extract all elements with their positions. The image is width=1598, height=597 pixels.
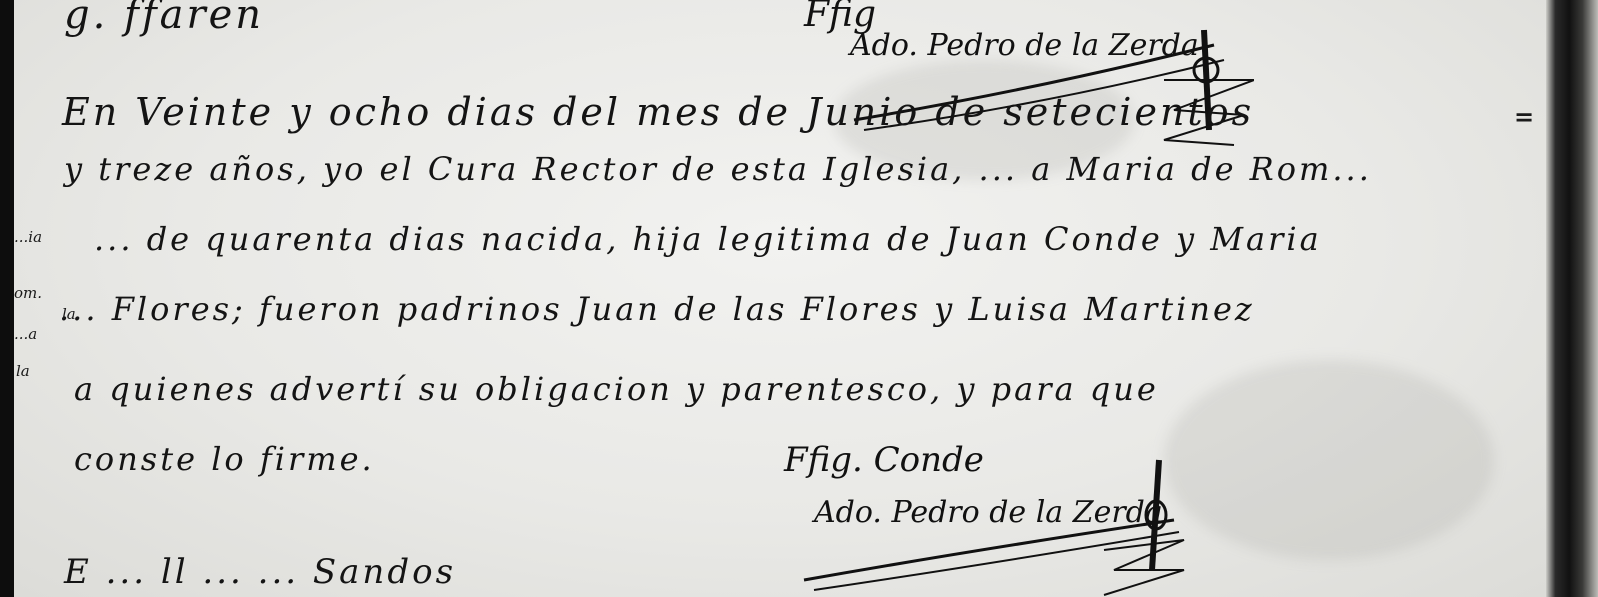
entry-line-6: conste lo firme. xyxy=(74,440,375,478)
entry-line-4: ... Flores; fueron padrinos Juan de las … xyxy=(59,290,1255,328)
entry-line-5: a quienes advertí su obligacion y parent… xyxy=(74,370,1159,408)
margin-note: om. xyxy=(14,284,42,302)
margin-note: ...ia xyxy=(14,228,42,246)
right-margin-mark: = xyxy=(1514,102,1534,131)
paper-stain xyxy=(1164,360,1494,560)
manuscript-page: g. ffaren Ffig Ado. Pedro de la Zerda En… xyxy=(14,0,1546,597)
margin-note: la xyxy=(16,362,30,380)
margin-note: ...a xyxy=(14,325,37,343)
entry-line-3: ... de quarenta dias nacida, hija legiti… xyxy=(94,220,1322,258)
book-binding-right xyxy=(1546,0,1598,597)
closing-signature-rubric-icon xyxy=(774,420,1194,597)
bottom-fragment-line: E ... ll ... ... Sandos xyxy=(64,552,456,592)
book-binding-left xyxy=(0,0,14,597)
entry-line-2: y treze años, yo el Cura Rector de esta … xyxy=(64,150,1372,188)
entry-line-1: En Veinte y ocho dias del mes de Junio d… xyxy=(62,90,1254,134)
top-fragment-line: g. ffaren xyxy=(64,0,264,38)
margin-note: la. xyxy=(62,305,81,323)
